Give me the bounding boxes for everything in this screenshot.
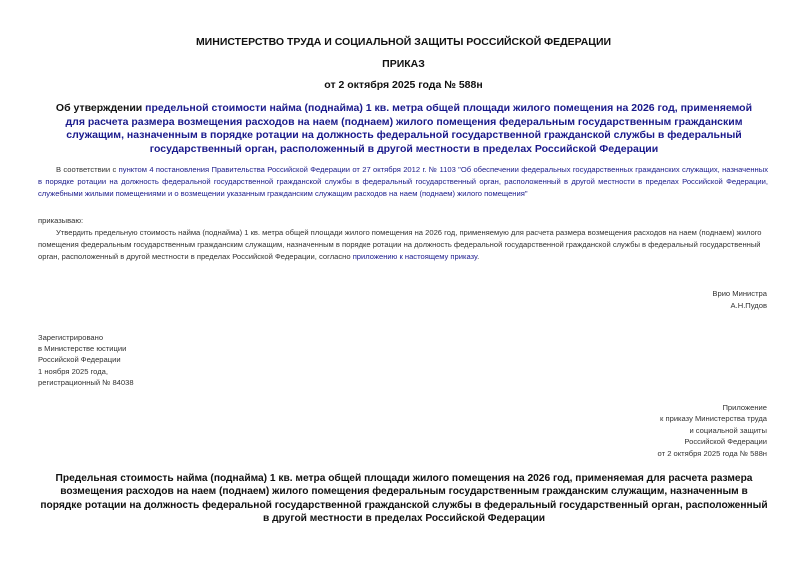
decree-paragraph: Утвердить предельную стоимость найма (по… — [38, 227, 768, 264]
decree-suffix: . — [477, 252, 479, 261]
title-prefix: Об утверждении — [56, 102, 145, 114]
registration-line: Российской Федерации — [38, 354, 134, 365]
government-decree-link[interactable]: пунктом 4 постановления Правительства Ро… — [38, 165, 768, 198]
document-type: ПРИКАЗ — [0, 58, 807, 70]
order-word: приказываю: — [38, 215, 768, 227]
appendix-note-line: и социальной защиты — [658, 425, 767, 436]
document-page: МИНИСТЕРСТВО ТРУДА И СОЦИАЛЬНОЙ ЗАЩИТЫ Р… — [0, 0, 807, 571]
document-title: Об утверждении предельной стоимости найм… — [48, 102, 760, 156]
signature-block: Врио Министра А.Н.Пудов — [712, 288, 767, 312]
appendix-title: Предельная стоимость найма (поднайма) 1 … — [38, 472, 770, 525]
registration-block: Зарегистрировано в Министерстве юстиции … — [38, 332, 134, 388]
appendix-link[interactable]: приложению к настоящему приказу — [353, 252, 477, 261]
appendix-note: Приложение к приказу Министерства труда … — [658, 402, 767, 459]
appendix-note-line: Приложение — [658, 402, 767, 413]
preamble-prefix: В соответствии с — [56, 165, 119, 174]
appendix-note-line: от 2 октября 2025 года № 588н — [658, 448, 767, 459]
registration-line: в Министерстве юстиции — [38, 343, 134, 354]
document-date-number: от 2 октября 2025 года № 588н — [0, 79, 807, 91]
title-link[interactable]: предельной стоимости найма (поднайма) 1 … — [66, 102, 753, 155]
appendix-note-line: к приказу Министерства труда — [658, 413, 767, 424]
registration-line: 1 ноября 2025 года, — [38, 366, 134, 377]
signatory-position: Врио Министра — [712, 288, 767, 300]
preamble-paragraph: В соответствии с пунктом 4 постановления… — [38, 164, 768, 201]
ministry-name: МИНИСТЕРСТВО ТРУДА И СОЦИАЛЬНОЙ ЗАЩИТЫ Р… — [0, 36, 807, 48]
registration-line: Зарегистрировано — [38, 332, 134, 343]
signatory-name: А.Н.Пудов — [712, 300, 767, 312]
appendix-note-line: Российской Федерации — [658, 436, 767, 447]
registration-line: регистрационный № 84038 — [38, 377, 134, 388]
